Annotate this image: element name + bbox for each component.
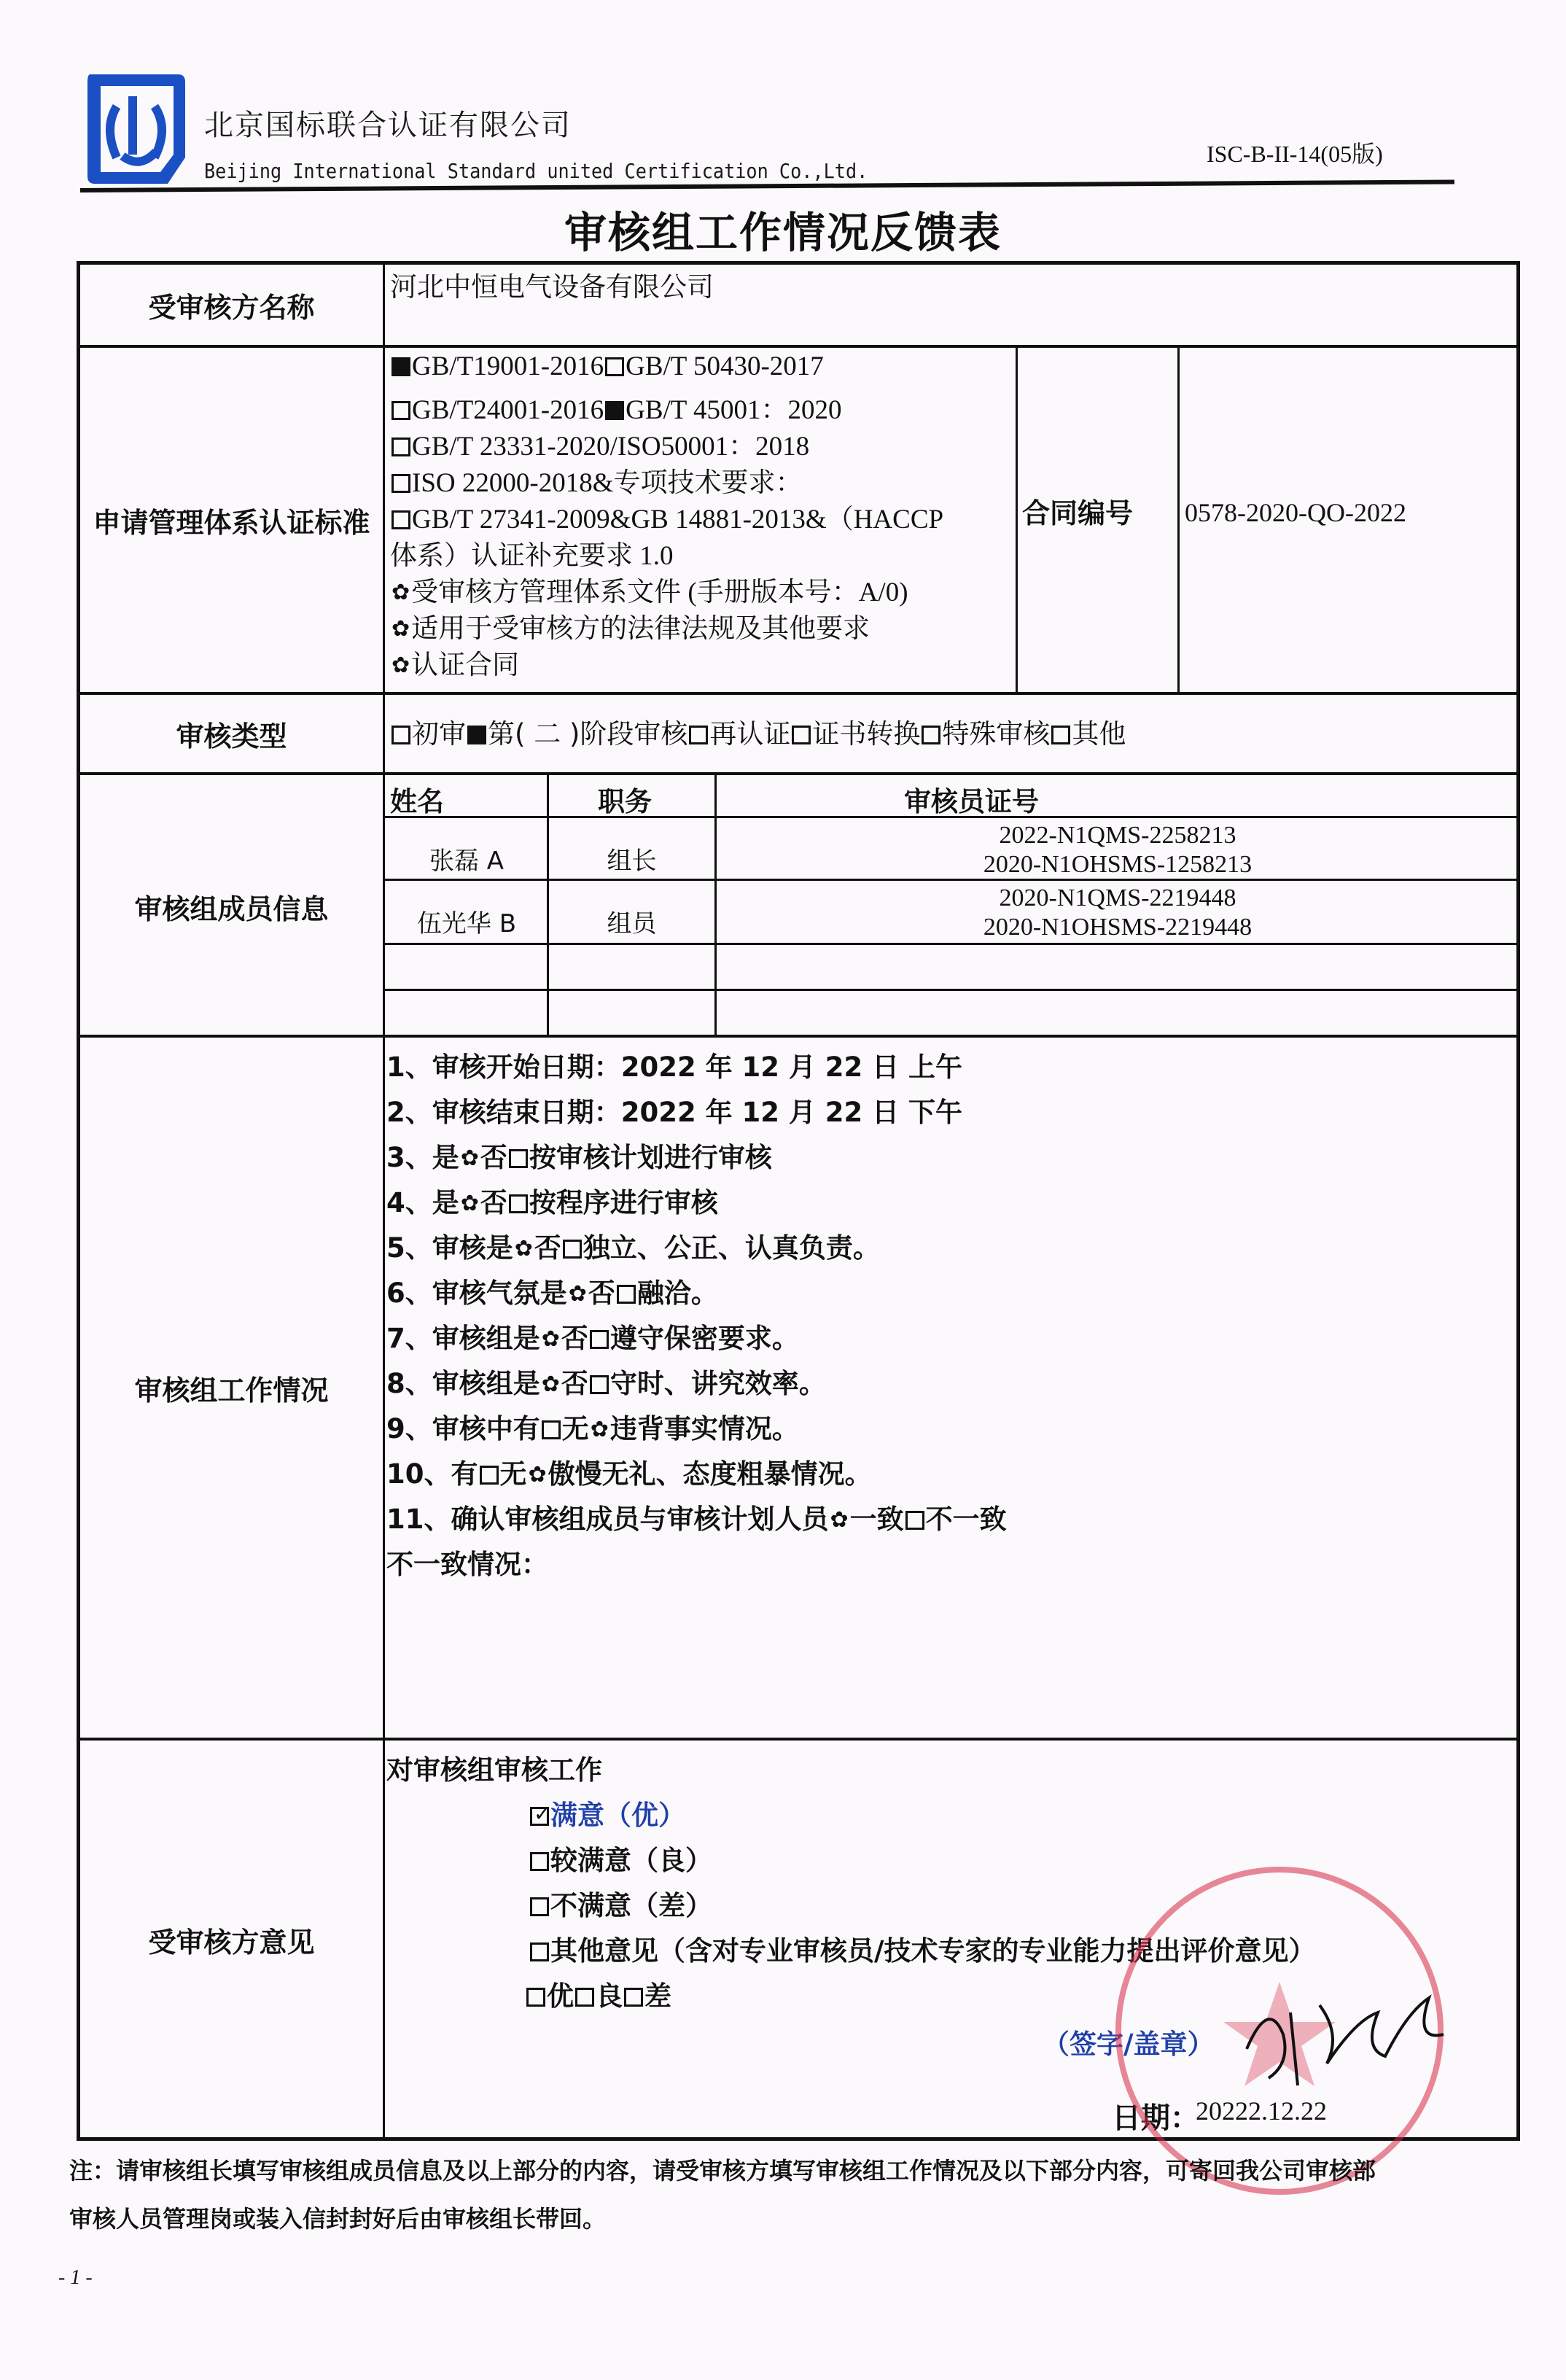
work-item-11: 11、确认审核组成员与审核计划人员✿一致不一致 [386, 1497, 1007, 1536]
work-item-1: 1、审核开始日期：2022 年 12 月 22 日 上午 [386, 1045, 962, 1084]
item-number: 1、 [386, 1051, 432, 1083]
checkbox-yes[interactable] [480, 1466, 499, 1485]
option-stage-audit: 第( 二 )阶段审核 [488, 718, 687, 750]
company-name-en: Beijing International Standard united Ce… [204, 159, 868, 183]
standard-gbt45001: GB/T 45001：2020 [626, 395, 841, 425]
page-title: 审核组工作情况反馈表 [0, 198, 1566, 260]
selected-mark-icon[interactable]: ✿ [542, 1372, 560, 1397]
standard-line-5: GB/T 27341-2009&GB 14881-2013&（HACCP [390, 497, 943, 536]
standard-iso22000: ISO 22000-2018&专项技术要求： [412, 468, 802, 498]
rating-good: 良 [596, 1980, 623, 2012]
option-satisfied-text: 满意（优） [550, 1800, 685, 1831]
col-header-role: 职务 [598, 788, 652, 815]
checkbox-other-opinion[interactable] [530, 1942, 549, 1961]
standard-line-1: GB/T19001-2016GB/T 50430-2017 [390, 351, 824, 382]
basis-manual: 受审核方管理体系文件 (手册版本号：A/0) [411, 577, 908, 607]
member-name: 张磊 A [386, 841, 547, 876]
item-text: 守时、讲究效率。 [610, 1368, 826, 1399]
audit-start-date: 审核开始日期：2022 年 12 月 22 日 上午 [432, 1051, 962, 1083]
basis-line-2: ✿适用于受审核方的法律法规及其他要求 [390, 606, 870, 645]
checkbox-gbt27341[interactable] [391, 510, 410, 529]
standard-line-3: GB/T 23331-2020/ISO50001：2018 [390, 424, 809, 463]
col-header-cert: 审核员证号 [904, 788, 1039, 815]
checkbox-poor[interactable] [624, 1988, 643, 2007]
no-label: 无 [500, 1458, 527, 1490]
option-other: 其他 [1072, 718, 1126, 750]
handwritten-signature [1239, 1969, 1458, 2096]
checkbox-excellent[interactable] [526, 1988, 545, 2007]
item-number: 9、 [386, 1413, 432, 1444]
contract-value-divider [1177, 348, 1180, 692]
standard-gbt27341: GB/T 27341-2009&GB 14881-2013&（HACCP [412, 505, 943, 534]
checkbox-fairly-satisfied[interactable] [530, 1852, 549, 1871]
checkbox-other[interactable] [1051, 726, 1070, 744]
checkbox-gbt50430[interactable] [605, 357, 624, 376]
row-divider [383, 879, 1520, 881]
member-cert-1: 2022-N1QMS-2258213 [717, 822, 1519, 849]
yes-label: 是 [432, 1187, 459, 1218]
item-text: 违背事实情况。 [610, 1413, 799, 1444]
work-item-2: 2、审核结束日期：2022 年 12 月 22 日 下午 [386, 1090, 962, 1129]
standards-label: 申请管理体系认证标准 [80, 348, 383, 692]
basis-line-3: ✿认证合同 [390, 642, 519, 682]
no-label: 否 [534, 1232, 561, 1264]
option-text: 不满意（差） [550, 1890, 712, 1921]
yes-label: 是 [432, 1142, 459, 1173]
checkbox-good[interactable] [575, 1988, 594, 2007]
rating-poor: 差 [644, 1980, 671, 2012]
item-text: 按审核计划进行审核 [529, 1142, 772, 1173]
checkbox-iso22000[interactable] [391, 474, 410, 493]
company-name-cn: 北京国标联合认证有限公司 [204, 102, 572, 144]
item-number: 10、 [386, 1458, 451, 1490]
audit-end-date: 审核结束日期：2022 年 12 月 22 日 下午 [432, 1097, 962, 1128]
opinion-intro: 对审核组审核工作 [386, 1748, 602, 1787]
work-situation-label: 审核组工作情况 [80, 1038, 383, 1738]
work-item-4: 4、是✿否按程序进行审核 [386, 1181, 718, 1220]
rating-excellent: 优 [547, 1980, 574, 2012]
opinion-option-satisfied: ✓满意（优） [529, 1793, 685, 1832]
checkbox-initial-audit[interactable] [391, 726, 410, 744]
rating-options: 优良差 [525, 1974, 671, 2013]
item-number: 7、 [386, 1323, 432, 1354]
checkbox-no[interactable] [509, 1194, 528, 1213]
item-number: 6、 [386, 1277, 432, 1309]
auditee-label: 受审核方名称 [80, 265, 383, 345]
option-initial-audit: 初审 [412, 718, 466, 750]
member-name: 伍光华 B [386, 903, 547, 939]
work-item-7: 7、审核组是✿否遵守保密要求。 [386, 1316, 799, 1356]
checkbox-gbt23331[interactable] [391, 437, 410, 456]
col-header-name: 姓名 [390, 788, 444, 815]
item-number: 5、 [386, 1232, 432, 1264]
page-number: - 1 - [58, 2266, 93, 2290]
item-number: 2、 [386, 1097, 432, 1128]
yes-label: 审核是 [432, 1232, 513, 1264]
checkbox-inconsistent[interactable] [905, 1511, 924, 1530]
work-item-6: 6、审核气氛是✿否融洽。 [386, 1271, 718, 1310]
checkbox-no[interactable] [590, 1375, 609, 1394]
opinion-option-fairly-satisfied: 较满意（良） [529, 1838, 712, 1878]
member-cert-1: 2020-N1QMS-2219448 [717, 884, 1519, 912]
work-item-3: 3、是✿否按审核计划进行审核 [386, 1135, 772, 1175]
consistent-label: 一致 [850, 1504, 904, 1535]
checkbox-no[interactable] [563, 1240, 582, 1259]
yes-label: 审核组是 [432, 1323, 540, 1354]
selected-mark-icon[interactable]: ✿ [529, 1462, 547, 1487]
item-text: 傲慢无礼、态度粗暴情况。 [548, 1458, 872, 1490]
basis-laws: 适用于受审核方的法律法规及其他要求 [411, 614, 870, 644]
no-label: 无 [562, 1413, 589, 1444]
yes-label: 审核气氛是 [432, 1277, 567, 1309]
standard-continuation: 体系）认证补充要求 1.0 [390, 533, 674, 572]
member-role: 组员 [549, 903, 714, 939]
standard-gbt50430: GB/T 50430-2017 [626, 351, 824, 381]
checkbox-recertification[interactable] [689, 726, 708, 744]
option-certificate-transfer: 证书转换 [812, 718, 920, 750]
checkbox-yes[interactable] [542, 1420, 561, 1439]
members-label: 审核组成员信息 [80, 775, 383, 1038]
contract-divider [1016, 348, 1018, 692]
checkbox-unsatisfied[interactable] [530, 1897, 549, 1916]
contract-number-label: 合同编号 [1022, 499, 1133, 527]
auditee-name-value: 河北中恒电气设备有限公司 [390, 273, 714, 300]
no-label: 否 [480, 1187, 507, 1218]
inconsistent-label: 不一致 [926, 1504, 1007, 1535]
company-logo-icon [82, 70, 191, 187]
standard-line-2: GB/T24001-2016GB/T 45001：2020 [390, 387, 841, 427]
audit-type-label: 审核类型 [80, 695, 383, 772]
checkbox-gbt24001[interactable] [391, 401, 410, 420]
checkbox-certificate-transfer[interactable] [792, 726, 811, 744]
selected-mark-icon[interactable]: ✿ [542, 1326, 560, 1352]
footer-note-line-1: 注：请审核组长填写审核组成员信息及以上部分的内容，请受审核方填写审核组工作情况及… [69, 2152, 1376, 2186]
row-divider [383, 989, 1520, 991]
no-label: 否 [561, 1368, 588, 1399]
selected-mark-icon[interactable]: ✿ [461, 1191, 479, 1216]
checkbox-no[interactable] [590, 1330, 609, 1349]
work-item-10: 10、有无✿傲慢无礼、态度粗暴情况。 [386, 1452, 872, 1491]
item-text: 确认审核组成员与审核计划人员 [451, 1504, 829, 1535]
label-column-divider [383, 265, 385, 2139]
work-item-8: 8、审核组是✿否守时、讲究效率。 [386, 1361, 826, 1401]
selected-mark-icon[interactable]: ✿ [830, 1507, 849, 1533]
row-divider [383, 816, 1520, 818]
checkbox-stage-audit[interactable] [467, 726, 486, 744]
checkbox-satisfied[interactable]: ✓ [530, 1807, 549, 1826]
selected-mark-icon[interactable]: ✿ [569, 1281, 587, 1307]
member-cert-2: 2020-N1OHSMS-2219448 [717, 914, 1519, 941]
item-text: 独立、公正、认真负责。 [583, 1232, 880, 1264]
feedback-form-table: 受审核方名称 河北中恒电气设备有限公司 申请管理体系认证标准 GB/T19001… [77, 261, 1520, 2141]
checkbox-gbt19001[interactable] [391, 357, 410, 376]
checkbox-no[interactable] [617, 1285, 636, 1304]
gear-mark-icon: ✿ [391, 653, 410, 678]
work-item-9: 9、审核中有无✿违背事实情况。 [386, 1407, 799, 1446]
checkbox-gbt45001[interactable] [605, 401, 624, 420]
item-text: 融洽。 [637, 1277, 718, 1309]
item-number: 11、 [386, 1504, 451, 1535]
form-code: ISC-B-II-14(05版) [1207, 136, 1383, 169]
basis-line-1: ✿受审核方管理体系文件 (手册版本号：A/0) [390, 569, 908, 609]
audit-type-options: 初审第( 二 )阶段审核再认证证书转换特殊审核其他 [390, 720, 1126, 747]
contract-number-value: 0578-2020-QO-2022 [1185, 499, 1406, 526]
inconsistency-label: 不一致情况： [386, 1542, 548, 1582]
item-text: 遵守保密要求。 [610, 1323, 799, 1354]
member-role: 组长 [549, 841, 714, 876]
selected-mark-icon[interactable]: ✿ [591, 1417, 609, 1442]
yes-label: 审核中有 [432, 1413, 540, 1444]
auditee-opinion-label: 受审核方意见 [80, 1741, 383, 2139]
row-divider [383, 943, 1520, 945]
standard-gbt23331: GB/T 23331-2020/ISO50001：2018 [412, 432, 809, 462]
no-label: 否 [480, 1142, 507, 1173]
selected-mark-icon[interactable]: ✿ [461, 1146, 479, 1171]
gear-mark-icon: ✿ [391, 616, 410, 642]
item-number: 4、 [386, 1187, 432, 1218]
standard-gbt24001: GB/T24001-2016 [412, 395, 604, 425]
basis-contract: 认证合同 [411, 650, 519, 680]
yes-label: 审核组是 [432, 1368, 540, 1399]
item-number: 3、 [386, 1142, 432, 1173]
checkbox-no[interactable] [509, 1149, 528, 1168]
item-text: 按程序进行审核 [529, 1187, 718, 1218]
no-label: 否 [588, 1277, 615, 1309]
no-label: 否 [561, 1323, 588, 1354]
gear-mark-icon: ✿ [391, 580, 410, 605]
option-recertification: 再认证 [709, 718, 790, 750]
standard-gbt19001: GB/T19001-2016 [412, 351, 604, 381]
option-special-audit: 特殊审核 [942, 718, 1050, 750]
standard-line-4: ISO 22000-2018&专项技术要求： [390, 460, 802, 499]
item-number: 8、 [386, 1368, 432, 1399]
member-cert-2: 2020-N1OHSMS-1258213 [717, 851, 1519, 879]
option-text: 较满意（良） [550, 1845, 712, 1876]
footer-note-line-2: 审核人员管理岗或装入信封封好后由审核组长带回。 [69, 2201, 606, 2234]
checkbox-special-audit[interactable] [922, 726, 940, 744]
selected-mark-icon[interactable]: ✿ [515, 1236, 533, 1261]
work-item-5: 5、审核是✿否独立、公正、认真负责。 [386, 1226, 880, 1265]
opinion-option-unsatisfied: 不满意（差） [529, 1883, 712, 1923]
yes-label: 有 [451, 1458, 478, 1490]
